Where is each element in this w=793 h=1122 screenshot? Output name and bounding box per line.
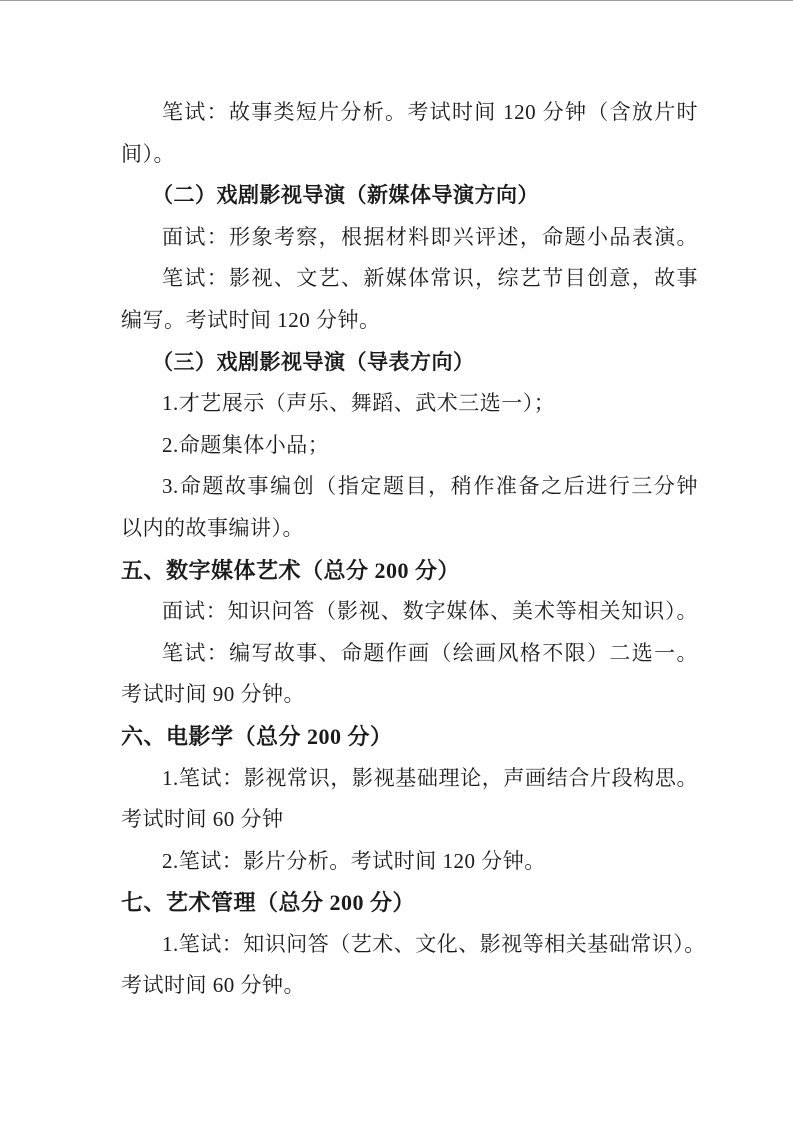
doc-line: 笔试：编写故事、命题作画（绘画风格不限）二选一。: [121, 633, 698, 675]
doc-line: 考试时间 90 分钟。: [121, 674, 698, 716]
section-heading: 七、艺术管理（总分 200 分）: [121, 882, 698, 924]
section-heading: 五、数字媒体艺术（总分 200 分）: [121, 550, 698, 592]
doc-line: 面试：知识问答（影视、数字媒体、美术等相关知识）。: [121, 591, 698, 633]
doc-line: 考试时间 60 分钟: [121, 799, 698, 841]
doc-line: 考试时间 60 分钟。: [121, 965, 698, 1007]
doc-line: 1.才艺展示（声乐、舞蹈、武术三选一）；: [121, 383, 698, 425]
doc-line: 笔试：故事类短片分析。考试时间 120 分钟（含放片时: [121, 92, 698, 134]
doc-line: 编写。考试时间 120 分钟。: [121, 300, 698, 342]
doc-line: 3.命题故事编创（指定题目，稍作准备之后进行三分钟: [121, 466, 698, 508]
doc-line: 间）。: [121, 134, 698, 176]
document-page: 笔试：故事类短片分析。考试时间 120 分钟（含放片时 间）。 （二）戏剧影视导…: [0, 0, 793, 1122]
doc-line: 1.笔试：知识问答（艺术、文化、影视等相关基础常识）。: [121, 924, 698, 966]
doc-line: 面试：形象考察，根据材料即兴评述，命题小品表演。: [121, 217, 698, 259]
doc-line: 1.笔试：影视常识，影视基础理论，声画结合片段构思。: [121, 758, 698, 800]
doc-line: 2.命题集体小品；: [121, 425, 698, 467]
document-text-block: 笔试：故事类短片分析。考试时间 120 分钟（含放片时 间）。 （二）戏剧影视导…: [121, 92, 698, 1007]
doc-line: 以内的故事编讲）。: [121, 508, 698, 550]
doc-line: 笔试：影视、文艺、新媒体常识，综艺节目创意，故事: [121, 258, 698, 300]
doc-line: 2.笔试：影片分析。考试时间 120 分钟。: [121, 841, 698, 883]
section-heading: 六、电影学（总分 200 分）: [121, 716, 698, 758]
subsection-heading: （三）戏剧影视导演（导表方向）: [121, 342, 698, 384]
subsection-heading: （二）戏剧影视导演（新媒体导演方向）: [121, 175, 698, 217]
page-top-edge-line: [0, 0, 793, 1]
